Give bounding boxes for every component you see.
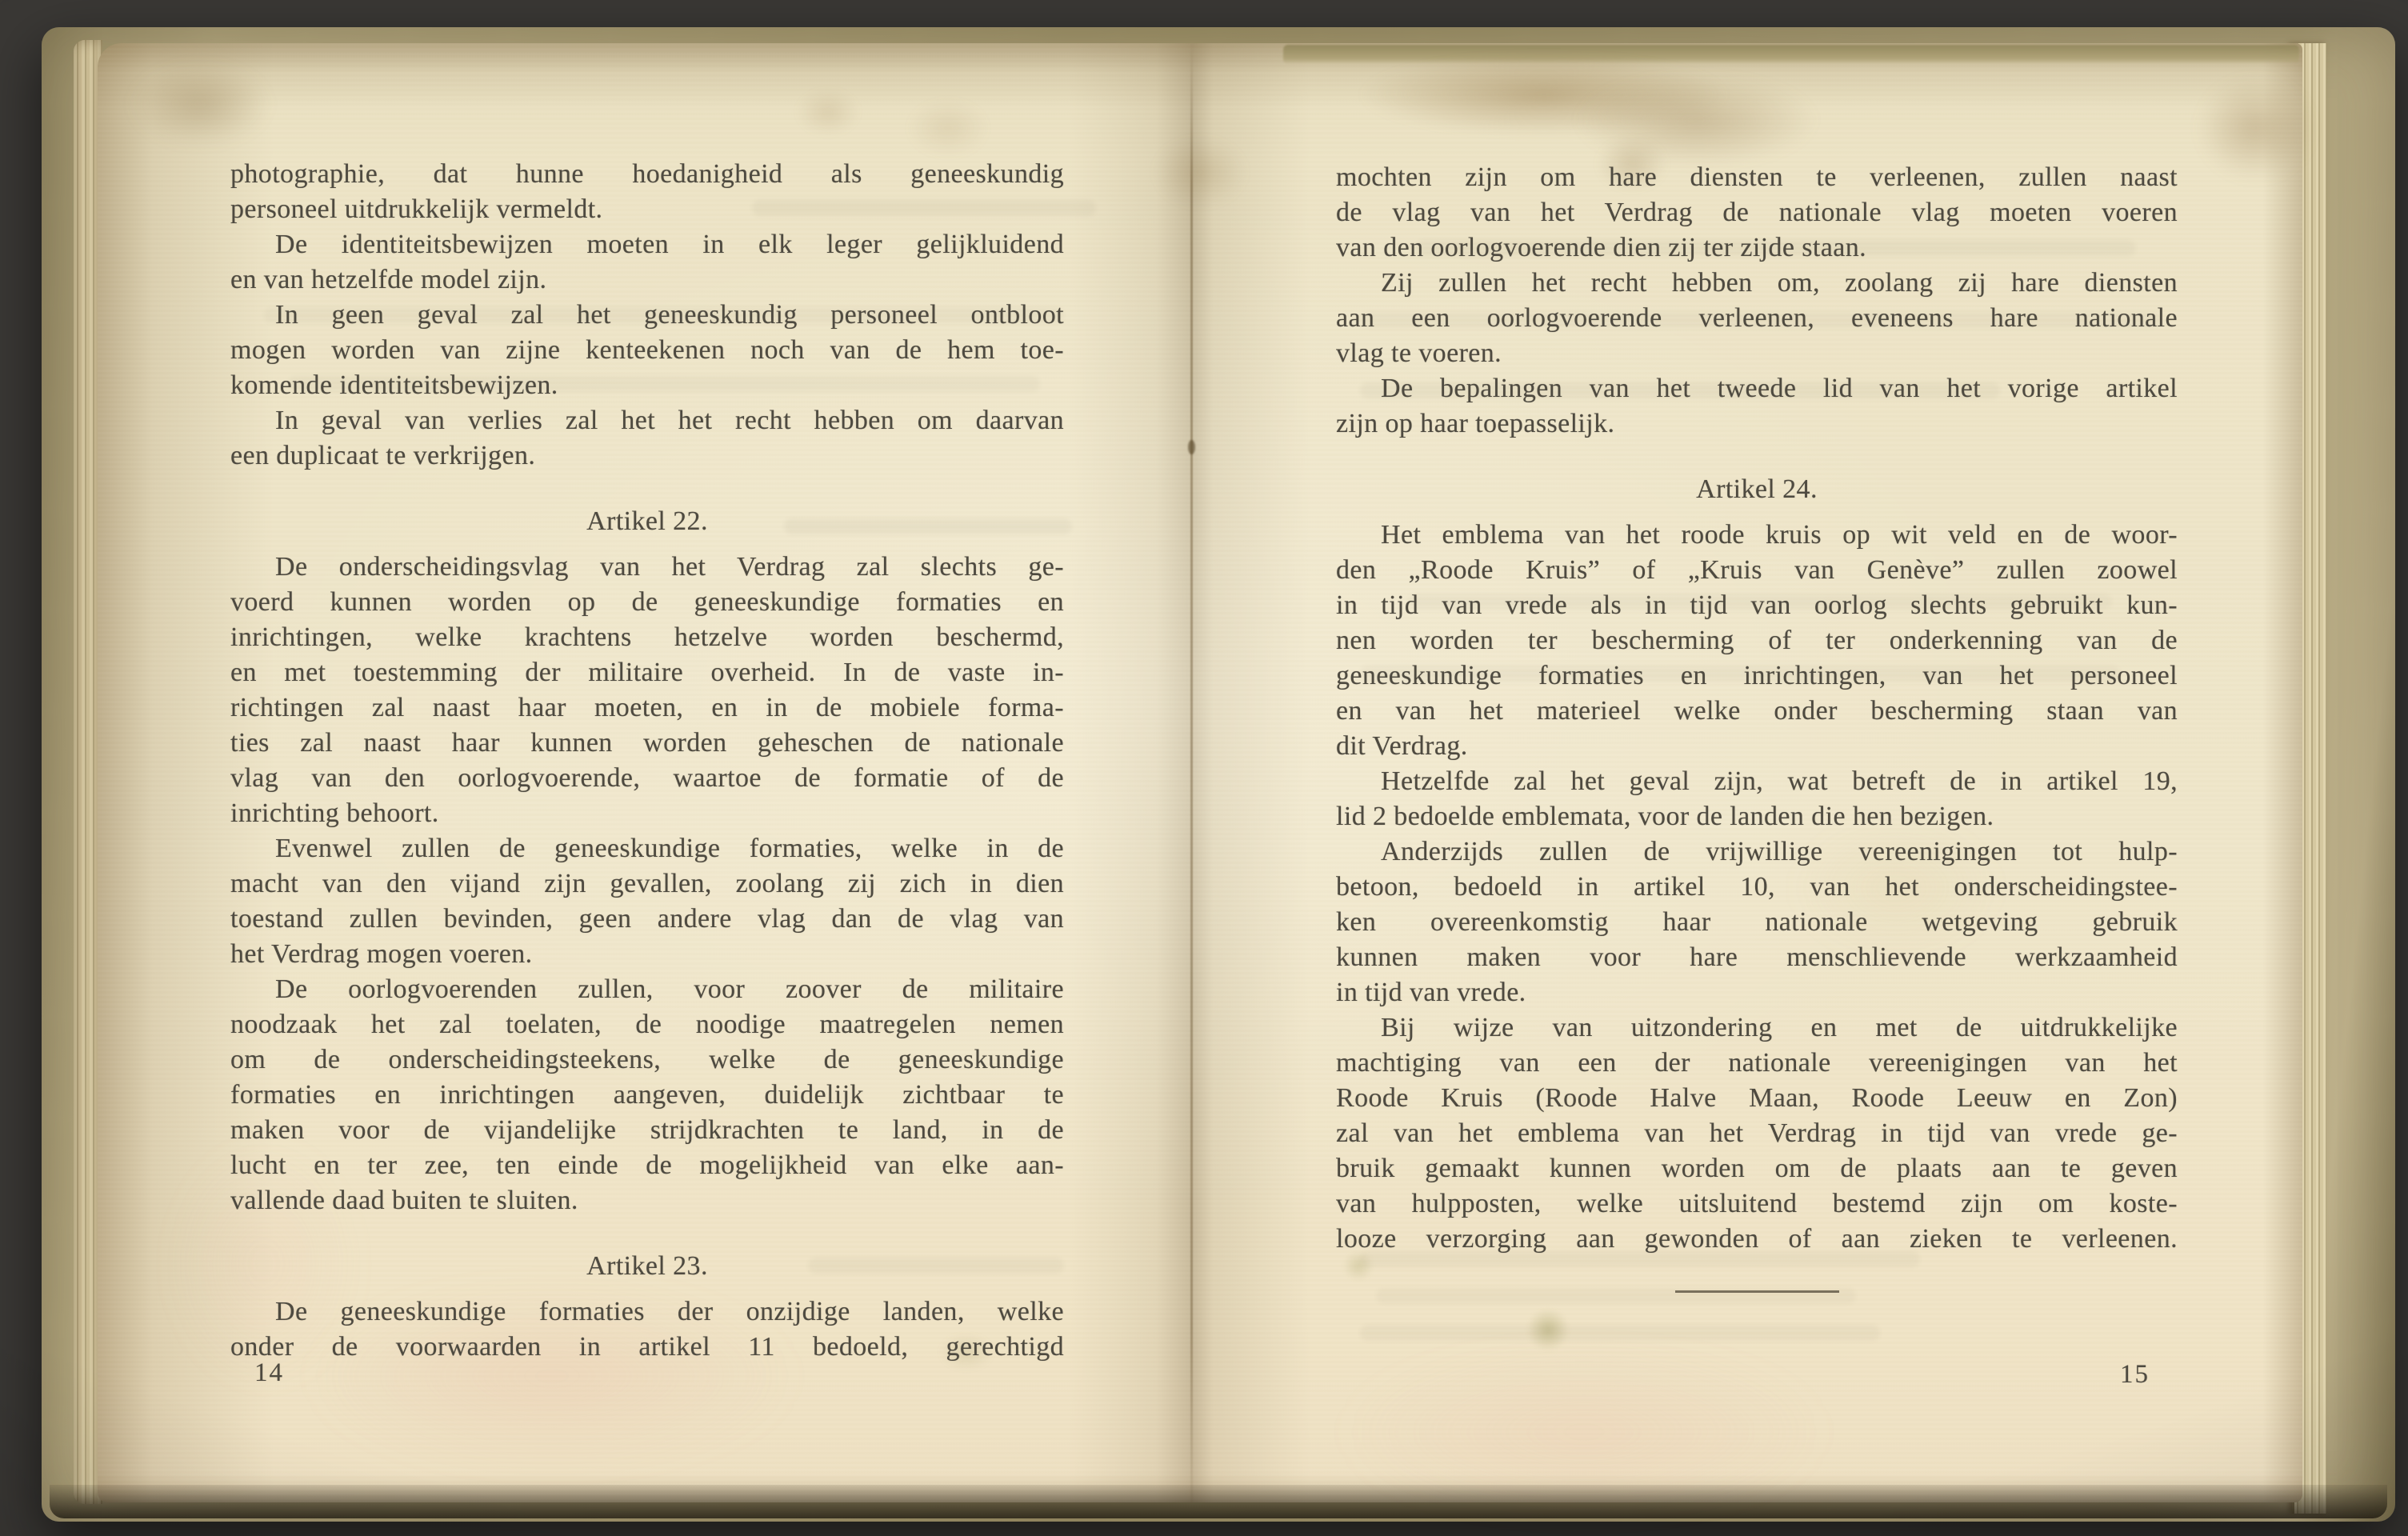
text-line: De bepalingen van het tweede lid van het…: [1336, 371, 2178, 406]
text-line: voerd kunnen worden op de geneeskundige …: [230, 585, 1064, 620]
article-heading: Artikel 24.: [1336, 472, 2178, 507]
text-line: en van hetzelfde model zijn.: [230, 262, 1064, 298]
text-line: den „Roode Kruis” of „Kruis van Genève” …: [1336, 553, 2178, 588]
paragraph: Evenwel zullen de geneeskundige formatie…: [230, 831, 1064, 972]
text-line: geneeskundige formaties en inrichtingen,…: [1336, 658, 2178, 694]
text-line: In geen geval zal het geneeskundig perso…: [230, 298, 1064, 333]
text-line: formaties en inrichtingen aangeven, duid…: [230, 1078, 1064, 1113]
text-line: vlag van den oorlogvoerende, waartoe de …: [230, 761, 1064, 796]
paragraph: mochten zijn om hare diensten te verleen…: [1336, 160, 2178, 266]
paragraph: photographie, dat hunne hoedanigheid als…: [230, 157, 1064, 227]
text-line: komende identiteitsbewijzen.: [230, 368, 1064, 403]
paragraph: In geen geval zal het geneeskundig perso…: [230, 298, 1064, 403]
text-line: De identiteitsbewijzen moeten in elk leg…: [230, 227, 1064, 262]
stain: [1136, 124, 1264, 220]
text-line: inrichting behoort.: [230, 796, 1064, 831]
text-line: In geval van verlies zal het het recht h…: [230, 403, 1064, 438]
text-line: macht van den vijand zijn gevallen, zool…: [230, 866, 1064, 902]
text-line: en met toestemming der militaire overhei…: [230, 655, 1064, 690]
text-line: bruik gemaakt kunnen worden om de plaats…: [1336, 1151, 2178, 1186]
text-line: in tijd van vrede.: [1336, 975, 2178, 1010]
text-line: zijn op haar toepasselijk.: [1336, 406, 2178, 442]
paragraph: De bepalingen van het tweede lid van het…: [1336, 371, 2178, 442]
text-line: lid 2 bedoelde emblemata, voor de landen…: [1336, 799, 2178, 834]
article-heading: Artikel 23.: [230, 1249, 1064, 1284]
stain: [2176, 56, 2336, 200]
text-line: Het emblema van het roode kruis op wit v…: [1336, 518, 2178, 553]
text-line: ken overeenkomstig haar nationale wetgev…: [1336, 905, 2178, 940]
gutter-fold: [1190, 43, 1193, 1502]
text-line: toestand zullen bevinden, geen andere vl…: [230, 902, 1064, 937]
text-line: Hetzelfde zal het geval zijn, wat betref…: [1336, 764, 2178, 799]
paragraph: Bij wijze van uitzondering en met de uit…: [1336, 1010, 2178, 1257]
paragraph: De geneeskundige formaties der onzijdige…: [230, 1294, 1064, 1365]
text-line: aan een oorlogvoerende verleenen, evenee…: [1336, 301, 2178, 336]
paragraph: In geval van verlies zal het het recht h…: [230, 403, 1064, 474]
text-line: Zij zullen het recht hebben om, zoolang …: [1336, 266, 2178, 301]
text-line: het Verdrag mogen voeren.: [230, 937, 1064, 972]
text-line: machtiging van een der nationale vereeni…: [1336, 1046, 2178, 1081]
stain: [892, 88, 1004, 168]
text-line: vallende daad buiten te sluiten.: [230, 1183, 1064, 1218]
text-line: maken voor de vijandelijke strijdkrachte…: [230, 1113, 1064, 1148]
left-page-text: photographie, dat hunne hoedanigheid als…: [230, 157, 1064, 1365]
text-line: lucht en ter zee, ten einde de mogelijkh…: [230, 1148, 1064, 1183]
text-line: nen worden ter bescherming of ter onderk…: [1336, 623, 2178, 658]
text-line: een duplicaat te verkrijgen.: [230, 438, 1064, 474]
text-line: om de onderscheidingsteekens, welke de g…: [230, 1042, 1064, 1078]
text-line: en van het materieel welke onder bescher…: [1336, 694, 2178, 729]
right-page-text: mochten zijn om hare diensten te verleen…: [1336, 160, 2178, 1293]
paragraph: De identiteitsbewijzen moeten in elk leg…: [230, 227, 1064, 298]
text-line: zal van het emblema van het Verdrag in t…: [1336, 1116, 2178, 1151]
page-number-left: 14: [254, 1358, 284, 1388]
text-line: noodzaak het zal toelaten, de noodige ma…: [230, 1007, 1064, 1042]
show-through-ghost: [1360, 1325, 1880, 1341]
text-line: betoon, bedoeld in artikel 10, van het o…: [1336, 870, 2178, 905]
paragraph: De onderscheidingsvlag van het Verdrag z…: [230, 550, 1064, 831]
text-line: personeel uitdrukkelijk vermeldt.: [230, 192, 1064, 227]
book-scan-screenshot: photographie, dat hunne hoedanigheid als…: [0, 0, 2408, 1536]
text-line: vlag te voeren.: [1336, 336, 2178, 371]
text-line: De oorlogvoerenden zullen, voor zoover d…: [230, 972, 1064, 1007]
paragraph: Het emblema van het roode kruis op wit v…: [1336, 518, 2178, 764]
paragraph: Zij zullen het recht hebben om, zoolang …: [1336, 266, 2178, 371]
text-line: De onderscheidingsvlag van het Verdrag z…: [230, 550, 1064, 585]
text-line: van hulpposten, welke uitsluitend bestem…: [1336, 1186, 2178, 1222]
section-end-rule: [1675, 1290, 1839, 1293]
page-number-right: 15: [2120, 1360, 2150, 1390]
paragraph: Hetzelfde zal het geval zijn, wat betref…: [1336, 764, 2178, 834]
text-line: looze verzorging aan gewonden of aan zie…: [1336, 1222, 2178, 1257]
text-line: Bij wijze van uitzondering en met de uit…: [1336, 1010, 2178, 1046]
text-line: Roode Kruis (Roode Halve Maan, Roode Lee…: [1336, 1081, 2178, 1116]
stain: [784, 80, 872, 144]
text-line: dit Verdrag.: [1336, 729, 2178, 764]
text-line: de vlag van het Verdrag de nationale vla…: [1336, 195, 2178, 230]
text-line: photographie, dat hunne hoedanigheid als…: [230, 157, 1064, 192]
stain: [104, 48, 296, 160]
text-line: in tijd van vrede als in tijd van oorlog…: [1336, 588, 2178, 623]
text-line: inrichtingen, welke krachtens hetzelve w…: [230, 620, 1064, 655]
text-line: mogen worden van zijne kenteekenen noch …: [230, 333, 1064, 368]
text-line: mochten zijn om hare diensten te verleen…: [1336, 160, 2178, 195]
text-line: richtingen zal naast haar moeten, en in …: [230, 690, 1064, 726]
text-line: kunnen maken voor hare menschlievende we…: [1336, 940, 2178, 975]
text-line: ties zal naast haar kunnen worden gehesc…: [230, 726, 1064, 761]
text-line: onder de voorwaarden in artikel 11 bedoe…: [230, 1330, 1064, 1365]
paragraph: Anderzijds zullen de vrijwillige vereeni…: [1336, 834, 2178, 1010]
text-line: van den oorlogvoerende dien zij ter zijd…: [1336, 230, 2178, 266]
article-heading: Artikel 22.: [230, 504, 1064, 539]
text-line: Anderzijds zullen de vrijwillige vereeni…: [1336, 834, 2178, 870]
bottom-shadow: [50, 1485, 2387, 1518]
text-line: Evenwel zullen de geneeskundige formatie…: [230, 831, 1064, 866]
text-line: De geneeskundige formaties der onzijdige…: [230, 1294, 1064, 1330]
paragraph: De oorlogvoerenden zullen, voor zoover d…: [230, 972, 1064, 1218]
